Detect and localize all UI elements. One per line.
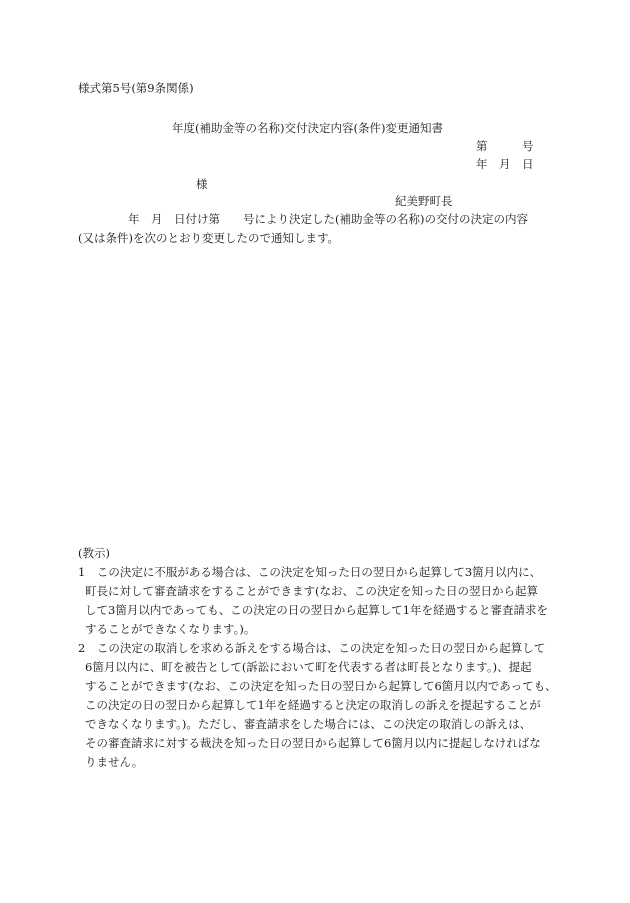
notice-item-1-line: することができなくなります。)。 [78,620,558,639]
date-day: 日 [522,156,534,172]
notice-item-2-line: 2 この決定の取消しを求める訴えをする場合は、この決定を知った日の翌日から起算し… [78,639,558,658]
date-month: 月 [499,156,511,172]
body-line-1: 年 月 日付け第 号により決定した(補助金等の名称)の交付の決定の内容 [128,211,528,227]
notice-item-1-line: して3箇月以内であっても、この決定の日の翌日から起算して1年を経過すると審査請求… [78,601,558,620]
body-line-2: (又は条件)を次のとおり変更したので通知します。 [78,230,339,246]
issuer: 紀美野町長 [395,193,453,209]
notice-item-2-line: 6箇月以内に、町を被告として(訴訟において町を代表する者は町長となります。)、提… [78,658,558,677]
number-suffix: 号 [522,138,534,154]
notice-item-1-line: 町長に対して審査請求をすることができます(なお、この決定を知った日の翌日から起算 [78,582,558,601]
form-label: 様式第5号(第9条関係) [78,80,194,96]
addressee-suffix: 様 [196,176,208,192]
number-prefix: 第 [476,138,488,154]
notice-item-2: 2 この決定の取消しを求める訴えをする場合は、この決定を知った日の翌日から起算し… [78,639,558,772]
notice-item-2-line: この決定の日の翌日から起算して1年を経過すると決定の取消しの訴えを提起することが [78,696,558,715]
notice-item-2-line: りません。 [78,753,558,772]
document-title: 年度(補助金等の名称)交付決定内容(条件)変更通知書 [172,120,443,136]
notice-item-2-line: することができます(なお、この決定を知った日の翌日から起算して6箇月以内であって… [78,677,558,696]
notice-item-2-line: その審査請求に対する裁決を知った日の翌日から起算して6箇月以内に提起しなければな [78,734,558,753]
notice-item-2-line: できなくなります。)。ただし、審査請求をした場合には、この決定の取消しの訴えは、 [78,715,558,734]
notice-item-1: 1 この決定に不服がある場合は、この決定を知った日の翌日から起算して3箇月以内に… [78,563,558,639]
document-page: 様式第5号(第9条関係) 年度(補助金等の名称)交付決定内容(条件)変更通知書 … [0,0,630,903]
date-year: 年 [476,156,488,172]
notice-item-1-line: 1 この決定に不服がある場合は、この決定を知った日の翌日から起算して3箇月以内に… [78,563,558,582]
notice-heading: (教示) [78,545,110,561]
